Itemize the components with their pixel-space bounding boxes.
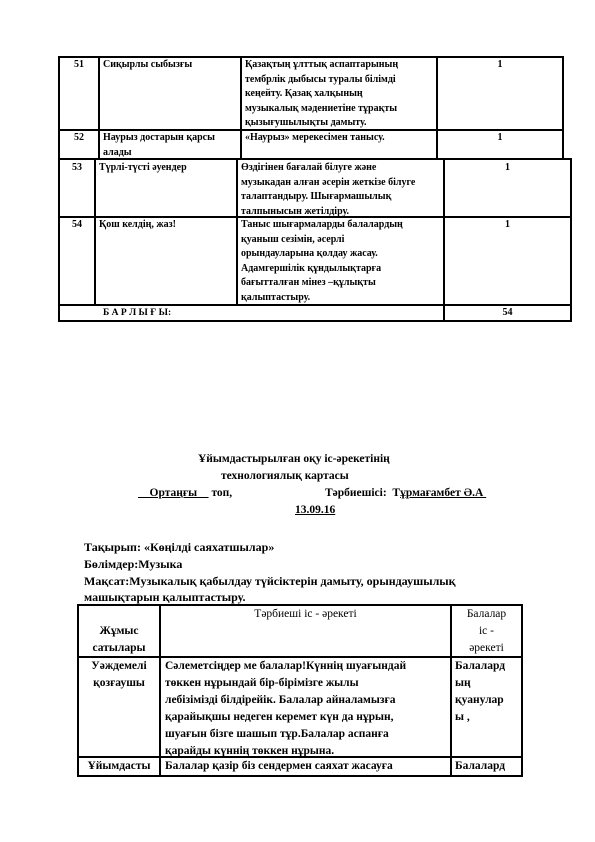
desc-line: қалыптастыру. — [241, 291, 440, 306]
page-title: Ұйымдастырылған оқу іс-әрекетінің — [198, 451, 390, 467]
title-line: алады — [103, 146, 237, 161]
activity-line: Сәлеметсіңдер ме балалар!Күннің шуағында… — [165, 658, 447, 675]
desc-line: Адамгершілік құндылықтарға — [241, 262, 440, 277]
page-subtitle: технологиялық картасы — [221, 468, 349, 484]
desc-line: талаптандыру. Шығармашылық — [241, 190, 440, 205]
lesson-description: Қазақтың ұлттық аспаптарының тембрлік ды… — [242, 57, 436, 132]
teacher-activity: Сәлеметсіңдер ме балалар!Күннің шуағында… — [161, 657, 450, 761]
lesson-description: Таныс шығармаларды балалардың қуаныш сез… — [238, 217, 443, 307]
title-line: Наурыз достарын қарсы — [103, 131, 237, 146]
header-stages: Жұмыс сатылары — [79, 622, 159, 658]
activity-line: ы , — [455, 709, 518, 726]
desc-line: қызығушылықты дамыту. — [245, 116, 433, 131]
desc-line: музыкадан алған әсерін жеткізе білуге — [241, 176, 440, 191]
table-border — [58, 158, 60, 322]
stage-line: қозғаушы — [82, 675, 156, 692]
group-name: Ортаңғы — [138, 487, 209, 499]
desc-line: бағытталған мінез –құлықты — [241, 276, 440, 291]
stage-name: Ұйымдасты — [79, 757, 159, 776]
lesson-description: Өздігінен бағалай білуге және музыкадан … — [238, 160, 443, 220]
lesson-title: Қош келдің, жаз! — [96, 217, 236, 234]
header-line: Балалар — [455, 606, 518, 623]
table-border — [570, 158, 572, 322]
lesson-section: Бөлімдер:Музыка — [84, 556, 182, 572]
activity-line: шуағын бізге шашып тұр.Балалар аспанға — [165, 726, 447, 743]
lesson-title: Түрлі-түсті әуендер — [96, 160, 236, 177]
activity-line: қуанулар — [455, 692, 518, 709]
lesson-title: Наурыз достарын қарсы алады — [100, 130, 240, 161]
lesson-title: Сиқырлы сыбызғы — [100, 57, 240, 74]
activity-line: лебізімізді білдірейік. Балалар айналамы… — [165, 692, 447, 709]
lesson-date: 13.09.16 — [295, 502, 335, 518]
table-border — [443, 158, 445, 322]
table-border — [521, 604, 523, 777]
children-activity: Балалард ың қуанулар ы , — [452, 657, 521, 727]
desc-line: Өздігінен бағалай білуге және — [241, 161, 440, 176]
activity-line: төккен нұрындай бір-бірімізге жылы — [165, 675, 447, 692]
stage-name: Уәждемелі қозғаушы — [79, 657, 159, 693]
hours-count: 1 — [438, 57, 562, 74]
row-number: 53 — [60, 160, 94, 177]
desc-line: Қазақтың ұлттық аспаптарының — [245, 58, 433, 73]
lesson-goal-line2: машықтарын қалыптастыру. — [84, 589, 245, 605]
desc-line: тембрлік дыбысы туралы білімді — [245, 73, 433, 88]
activity-line: қарайықшы недеген керемет күн да нұрын, — [165, 709, 447, 726]
row-number: 54 — [60, 217, 94, 234]
desc-line: музыкалық мәдениетіне тұрақты — [245, 102, 433, 117]
desc-line: Таныс шығармаларды балалардың — [241, 218, 440, 233]
header-line: Жұмыс — [82, 623, 156, 640]
hours-count: 1 — [445, 160, 570, 177]
header-children-activity: Балалар іс - әрекеті — [452, 605, 521, 658]
children-activity: Балалард — [452, 757, 521, 776]
teacher-line: Тәрбиешісі: Тұрмағамбет Ә.А — [325, 485, 486, 501]
header-line: әрекеті — [455, 640, 518, 657]
activity-line: Балалард — [455, 658, 518, 675]
header-line: сатылары — [82, 640, 156, 657]
row-number: 51 — [60, 57, 98, 74]
desc-line: орындауларына қолдау жасау. — [241, 247, 440, 262]
activity-line: ың — [455, 675, 518, 692]
row-number: 52 — [60, 130, 98, 147]
hours-count: 1 — [445, 217, 570, 234]
teacher-activity: Балалар қазір біз сендермен саяхат жасау… — [161, 757, 450, 776]
stage-line: Уәждемелі — [82, 658, 156, 675]
group-suffix: топ, — [209, 487, 233, 499]
header-line: іс - — [455, 623, 518, 640]
lesson-goal-line1: Мақсат:Музыкалық қабылдау түйсіктерін да… — [84, 573, 456, 589]
table-border — [562, 56, 564, 158]
lesson-topic: Тақырып: «Көңілді саяхатшылар» — [84, 539, 274, 555]
desc-line: кеңейту. Қазақ халқының — [245, 87, 433, 102]
lesson-description: «Наурыз» мерекесімен танысу. — [242, 130, 436, 147]
total-value: 54 — [445, 305, 570, 322]
desc-line: қуаныш сезімін, әсерлі — [241, 233, 440, 248]
hours-count: 1 — [438, 130, 562, 147]
group-line: Ортаңғы топ, — [138, 485, 232, 501]
header-teacher-activity: Тәрбиеші іс - әрекеті — [161, 605, 450, 624]
teacher-label: Тәрбиешісі: Т — [325, 487, 400, 499]
total-label: Б А Р Л Ы Ғ Ы: — [100, 305, 400, 322]
teacher-name: ұрмағамбет Ә.А — [400, 487, 486, 499]
